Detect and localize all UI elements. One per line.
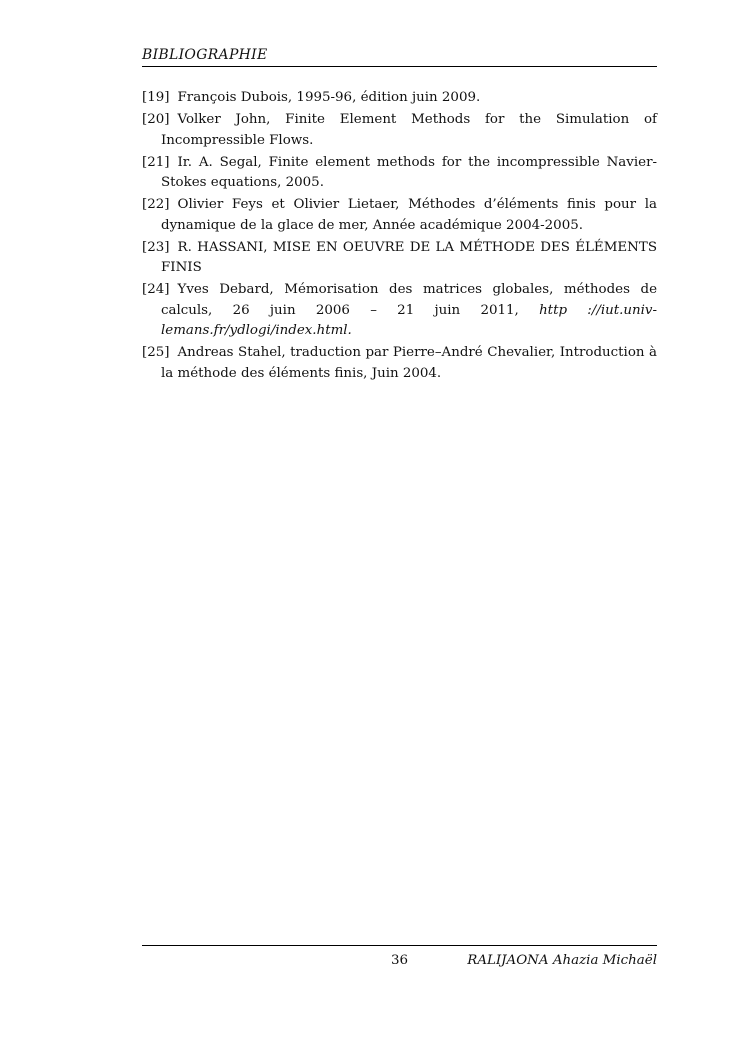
bib-entry-text: François Dubois, 1995-96, édition juin 2…	[178, 90, 481, 105]
bib-entry-text: Ir. A. Segal, Finite element methods for…	[161, 155, 657, 191]
bib-entry-label: [22]	[142, 197, 170, 212]
page-number: 36	[391, 953, 408, 968]
header-rule	[142, 66, 657, 67]
bib-entry-label: [23]	[142, 240, 170, 255]
bib-entry: [22]Olivier Feys et Olivier Lietaer, Mét…	[142, 195, 657, 236]
bib-entry-text: Andreas Stahel, traduction par Pierre–An…	[161, 345, 657, 381]
bib-entry-text: Olivier Feys et Olivier Lietaer, Méthode…	[161, 197, 657, 233]
bib-entry-label: [19]	[142, 90, 170, 105]
page-header: BIBLIOGRAPHIE	[142, 48, 657, 63]
footer-author: RALIJAONA Ahazia Michaël	[467, 953, 657, 968]
bib-entry: [24]Yves Debard, Mémorisation des matric…	[142, 280, 657, 342]
bibliography-list: [19]François Dubois, 1995-96, édition ju…	[142, 88, 657, 386]
bib-entry: [19]François Dubois, 1995-96, édition ju…	[142, 88, 657, 109]
bib-entry-label: [21]	[142, 155, 170, 170]
bib-entry: [25]Andreas Stahel, traduction par Pierr…	[142, 343, 657, 384]
document-page: BIBLIOGRAPHIE [19]François Dubois, 1995-…	[0, 0, 745, 1053]
bib-entry: [23]R. HASSANI, MISE EN OEUVRE DE LA MÉT…	[142, 238, 657, 279]
bib-entry-text: Volker John, Finite Element Methods for …	[161, 112, 657, 148]
bib-entry: [20]Volker John, Finite Element Methods …	[142, 110, 657, 151]
bib-entry-label: [24]	[142, 282, 170, 297]
bib-entry-label: [25]	[142, 345, 170, 360]
bib-entry-text: R. HASSANI, MISE EN OEUVRE DE LA MÉTHODE…	[161, 240, 657, 276]
bib-entry-label: [20]	[142, 112, 170, 127]
page-header-title: BIBLIOGRAPHIE	[142, 48, 657, 63]
page-footer: 36 RALIJAONA Ahazia Michaël	[142, 945, 657, 977]
bib-entry: [21]Ir. A. Segal, Finite element methods…	[142, 153, 657, 194]
